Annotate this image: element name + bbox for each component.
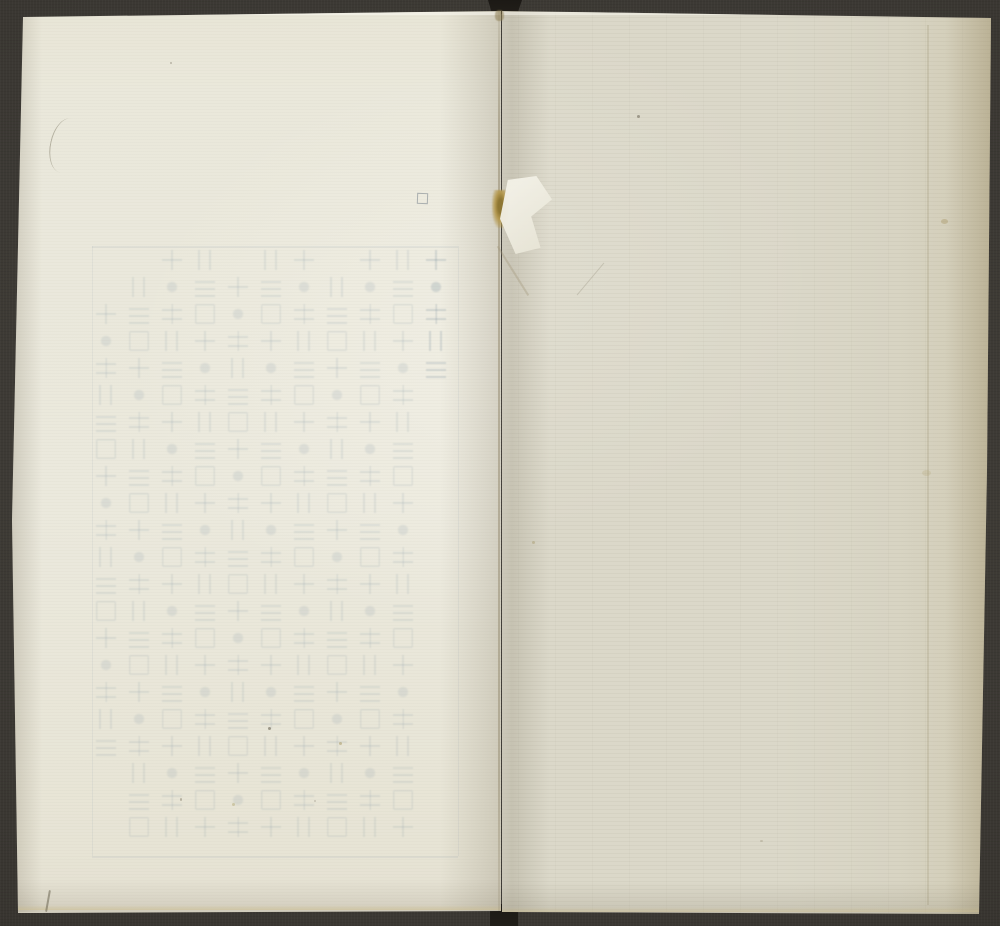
showthrough-glyph <box>96 628 116 648</box>
showthrough-glyph <box>129 709 149 729</box>
showthrough-glyph <box>360 250 380 270</box>
showthrough-glyph <box>294 304 314 324</box>
showthrough-column <box>89 250 122 880</box>
showthrough-glyph <box>96 412 116 432</box>
showthrough-glyph <box>327 574 347 594</box>
showthrough-glyph <box>195 736 215 756</box>
showthrough-glyph <box>294 574 314 594</box>
showthrough-glyph <box>96 358 116 378</box>
showthrough-glyph <box>162 574 182 594</box>
foxing-speck <box>232 803 235 806</box>
showthrough-glyph <box>96 331 116 351</box>
showthrough-glyph <box>393 250 413 270</box>
showthrough-glyph <box>360 520 380 540</box>
showthrough-glyph <box>195 304 215 324</box>
under-page-edge-line <box>927 25 929 905</box>
showthrough-glyph <box>129 601 149 621</box>
foxing-speck <box>339 742 342 745</box>
showthrough-glyph <box>228 574 248 594</box>
showthrough-glyph <box>162 655 182 675</box>
showthrough-glyph <box>261 601 281 621</box>
showthrough-glyph <box>261 790 281 810</box>
showthrough-glyph <box>294 250 314 270</box>
showthrough-glyph <box>360 385 380 405</box>
showthrough-glyph <box>360 763 380 783</box>
showthrough-glyph <box>195 277 215 297</box>
showthrough-glyph <box>360 466 380 486</box>
showthrough-glyph <box>327 385 347 405</box>
showthrough-glyph <box>162 331 182 351</box>
showthrough-glyph <box>294 439 314 459</box>
showthrough-glyph <box>195 250 215 270</box>
foxing-speck <box>268 727 271 730</box>
showthrough-glyph <box>294 547 314 567</box>
showthrough-glyph <box>294 385 314 405</box>
showthrough-glyph <box>261 817 281 837</box>
showthrough-glyph <box>228 736 248 756</box>
showthrough-column <box>320 250 353 880</box>
showthrough-glyph <box>195 385 215 405</box>
showthrough-glyph <box>129 385 149 405</box>
showthrough-glyph <box>393 763 413 783</box>
foxing-speck <box>314 800 316 802</box>
showthrough-glyph <box>162 412 182 432</box>
showthrough-glyph <box>393 655 413 675</box>
showthrough-glyph <box>228 709 248 729</box>
showthrough-glyph <box>327 655 347 675</box>
showthrough-column <box>287 250 320 880</box>
showthrough-glyph <box>162 817 182 837</box>
showthrough-glyph <box>327 547 347 567</box>
foxing-speck <box>532 541 535 544</box>
showthrough-glyph <box>360 439 380 459</box>
showthrough-glyph <box>393 790 413 810</box>
showthrough-glyph <box>228 655 248 675</box>
showthrough-column <box>254 250 287 880</box>
showthrough-glyph <box>426 304 446 324</box>
showthrough-glyph <box>294 412 314 432</box>
showthrough-glyph <box>129 790 149 810</box>
showthrough-text-block <box>89 250 452 880</box>
showthrough-glyph <box>327 277 347 297</box>
showthrough-glyph <box>294 682 314 702</box>
showthrough-glyph <box>393 682 413 702</box>
showthrough-glyph <box>195 601 215 621</box>
showthrough-glyph <box>327 736 347 756</box>
showthrough-column <box>419 250 452 880</box>
showthrough-glyph <box>129 412 149 432</box>
showthrough-glyph <box>261 385 281 405</box>
showthrough-glyph <box>294 520 314 540</box>
showthrough-glyph <box>327 709 347 729</box>
showthrough-glyph <box>96 385 116 405</box>
showthrough-glyph <box>426 331 446 351</box>
showthrough-glyph <box>261 358 281 378</box>
showthrough-glyph <box>162 385 182 405</box>
showthrough-glyph <box>261 628 281 648</box>
showthrough-glyph <box>393 574 413 594</box>
showthrough-glyph <box>228 439 248 459</box>
showthrough-glyph <box>96 655 116 675</box>
showthrough-glyph <box>261 736 281 756</box>
showthrough-glyph <box>129 817 149 837</box>
showthrough-glyph <box>294 763 314 783</box>
showthrough-glyph <box>393 277 413 297</box>
showthrough-glyph <box>393 493 413 513</box>
showthrough-glyph <box>195 358 215 378</box>
showthrough-column <box>353 250 386 880</box>
showthrough-glyph <box>129 628 149 648</box>
showthrough-glyph <box>327 763 347 783</box>
showthrough-glyph <box>261 520 281 540</box>
showthrough-glyph <box>96 574 116 594</box>
showthrough-glyph <box>360 493 380 513</box>
showthrough-glyph <box>393 736 413 756</box>
showthrough-glyph <box>228 385 248 405</box>
showthrough-glyph <box>426 358 446 378</box>
showthrough-glyph <box>327 790 347 810</box>
showthrough-glyph <box>129 439 149 459</box>
showthrough-glyph <box>393 304 413 324</box>
showthrough-glyph <box>360 628 380 648</box>
showthrough-glyph <box>195 628 215 648</box>
foxing-speck <box>637 115 640 118</box>
showthrough-glyph <box>261 682 281 702</box>
right-page-stack-edge <box>502 907 982 912</box>
showthrough-glyph <box>129 331 149 351</box>
showthrough-glyph <box>294 277 314 297</box>
showthrough-glyph <box>360 655 380 675</box>
showthrough-glyph <box>393 358 413 378</box>
showthrough-glyph <box>228 412 248 432</box>
gutter-top-notch <box>495 10 504 21</box>
showthrough-glyph <box>360 790 380 810</box>
showthrough-glyph <box>195 412 215 432</box>
showthrough-glyph <box>261 655 281 675</box>
showthrough-glyph <box>261 574 281 594</box>
showthrough-glyph <box>360 682 380 702</box>
showthrough-glyph <box>360 736 380 756</box>
showthrough-glyph <box>393 520 413 540</box>
left-page-stack-edge <box>18 905 501 910</box>
showthrough-glyph <box>96 709 116 729</box>
showthrough-glyph <box>195 574 215 594</box>
showthrough-glyph <box>360 817 380 837</box>
foxing-speck <box>941 219 948 224</box>
showthrough-glyph <box>426 277 446 297</box>
showthrough-glyph <box>327 466 347 486</box>
showthrough-glyph <box>129 736 149 756</box>
showthrough-glyph <box>228 493 248 513</box>
showthrough-glyph <box>360 412 380 432</box>
showthrough-glyph <box>129 520 149 540</box>
showthrough-glyph <box>162 790 182 810</box>
showthrough-glyph <box>327 358 347 378</box>
showthrough-glyph <box>294 628 314 648</box>
showthrough-glyph <box>129 304 149 324</box>
showthrough-glyph <box>261 466 281 486</box>
showthrough-glyph <box>162 520 182 540</box>
showthrough-glyph <box>360 601 380 621</box>
showthrough-glyph <box>162 358 182 378</box>
showthrough-glyph <box>195 709 215 729</box>
showthrough-glyph <box>96 304 116 324</box>
showthrough-glyph <box>162 763 182 783</box>
showthrough-column <box>122 250 155 880</box>
showthrough-glyph <box>195 655 215 675</box>
showthrough-glyph <box>96 682 116 702</box>
showthrough-glyph <box>162 304 182 324</box>
showthrough-glyph <box>162 601 182 621</box>
showthrough-glyph <box>195 466 215 486</box>
showthrough-glyph <box>393 628 413 648</box>
showthrough-glyph <box>261 250 281 270</box>
showthrough-glyph <box>294 790 314 810</box>
showthrough-glyph <box>261 763 281 783</box>
showthrough-column <box>155 250 188 880</box>
gutter-fold-line <box>498 11 500 911</box>
showthrough-glyph <box>96 493 116 513</box>
showthrough-glyph <box>228 817 248 837</box>
showthrough-glyph <box>360 547 380 567</box>
showthrough-glyph <box>129 466 149 486</box>
showthrough-glyph <box>327 817 347 837</box>
showthrough-glyph <box>261 547 281 567</box>
showthrough-glyph <box>162 736 182 756</box>
showthrough-glyph <box>228 520 248 540</box>
showthrough-glyph <box>327 520 347 540</box>
showthrough-glyph <box>129 277 149 297</box>
showthrough-glyph <box>228 763 248 783</box>
right-page-warm-band <box>900 15 991 915</box>
showthrough-glyph <box>96 601 116 621</box>
showthrough-glyph <box>228 277 248 297</box>
showthrough-glyph <box>162 277 182 297</box>
showthrough-glyph <box>96 520 116 540</box>
showthrough-glyph <box>195 493 215 513</box>
showthrough-glyph <box>360 574 380 594</box>
showthrough-glyph <box>162 628 182 648</box>
showthrough-glyph <box>195 439 215 459</box>
showthrough-column <box>221 250 254 880</box>
showthrough-glyph <box>294 493 314 513</box>
showthrough-glyph <box>195 790 215 810</box>
showthrough-glyph <box>129 763 149 783</box>
showthrough-glyph <box>327 439 347 459</box>
showthrough-glyph <box>228 466 248 486</box>
showthrough-glyph <box>261 304 281 324</box>
showthrough-glyph <box>228 601 248 621</box>
showthrough-glyph <box>228 304 248 324</box>
showthrough-glyph <box>393 709 413 729</box>
showthrough-glyph <box>195 520 215 540</box>
right-page-gutter-shadow <box>502 11 550 912</box>
showthrough-glyph <box>393 601 413 621</box>
showthrough-glyph <box>294 358 314 378</box>
showthrough-glyph <box>96 439 116 459</box>
showthrough-glyph <box>393 466 413 486</box>
showthrough-glyph <box>360 358 380 378</box>
foxing-speck <box>922 470 931 476</box>
showthrough-glyph <box>195 547 215 567</box>
showthrough-glyph <box>129 358 149 378</box>
showthrough-column <box>188 250 221 880</box>
showthrough-glyph <box>393 439 413 459</box>
showthrough-glyph <box>261 277 281 297</box>
showthrough-glyph <box>393 412 413 432</box>
showthrough-glyph <box>294 466 314 486</box>
showthrough-glyph <box>261 709 281 729</box>
showthrough-glyph <box>96 466 116 486</box>
showthrough-glyph <box>162 547 182 567</box>
showthrough-glyph <box>360 277 380 297</box>
showthrough-glyph <box>261 493 281 513</box>
showthrough-glyph <box>294 601 314 621</box>
showthrough-glyph <box>426 250 446 270</box>
showthrough-glyph <box>294 331 314 351</box>
showthrough-glyph <box>294 817 314 837</box>
showthrough-glyph <box>393 817 413 837</box>
showthrough-glyph <box>96 547 116 567</box>
showthrough-glyph <box>228 547 248 567</box>
showthrough-glyph <box>129 547 149 567</box>
showthrough-glyph <box>228 331 248 351</box>
showthrough-frame-top <box>92 246 458 248</box>
showthrough-column <box>386 250 419 880</box>
showthrough-glyph <box>327 601 347 621</box>
showthrough-glyph <box>129 655 149 675</box>
showthrough-glyph <box>129 574 149 594</box>
showthrough-glyph <box>162 709 182 729</box>
showthrough-glyph <box>162 250 182 270</box>
showthrough-glyph <box>327 493 347 513</box>
showthrough-glyph <box>195 331 215 351</box>
showthrough-glyph <box>162 439 182 459</box>
showthrough-glyph <box>294 709 314 729</box>
showthrough-glyph <box>393 385 413 405</box>
showthrough-glyph <box>327 331 347 351</box>
showthrough-glyph <box>327 628 347 648</box>
foxing-speck <box>760 840 763 842</box>
showthrough-glyph <box>228 628 248 648</box>
showthrough-glyph <box>327 412 347 432</box>
showthrough-glyph <box>327 304 347 324</box>
foxing-speck <box>170 62 172 64</box>
showthrough-glyph <box>162 493 182 513</box>
showthrough-glyph <box>360 709 380 729</box>
showthrough-header-mark <box>417 193 428 204</box>
showthrough-glyph <box>228 358 248 378</box>
showthrough-glyph <box>195 763 215 783</box>
showthrough-glyph <box>129 682 149 702</box>
showthrough-glyph <box>393 547 413 567</box>
showthrough-glyph <box>162 682 182 702</box>
showthrough-glyph <box>129 493 149 513</box>
showthrough-glyph <box>393 331 413 351</box>
showthrough-glyph <box>261 412 281 432</box>
showthrough-glyph <box>294 736 314 756</box>
showthrough-glyph <box>195 682 215 702</box>
showthrough-glyph <box>195 817 215 837</box>
foxing-speck <box>180 798 182 801</box>
showthrough-glyph <box>294 655 314 675</box>
showthrough-glyph <box>228 790 248 810</box>
showthrough-glyph <box>228 682 248 702</box>
showthrough-glyph <box>162 466 182 486</box>
showthrough-glyph <box>360 331 380 351</box>
showthrough-glyph <box>261 331 281 351</box>
showthrough-frame-right <box>458 246 459 856</box>
showthrough-glyph <box>96 736 116 756</box>
showthrough-glyph <box>261 439 281 459</box>
showthrough-glyph <box>360 304 380 324</box>
book-scan <box>0 0 1000 926</box>
showthrough-glyph <box>327 682 347 702</box>
